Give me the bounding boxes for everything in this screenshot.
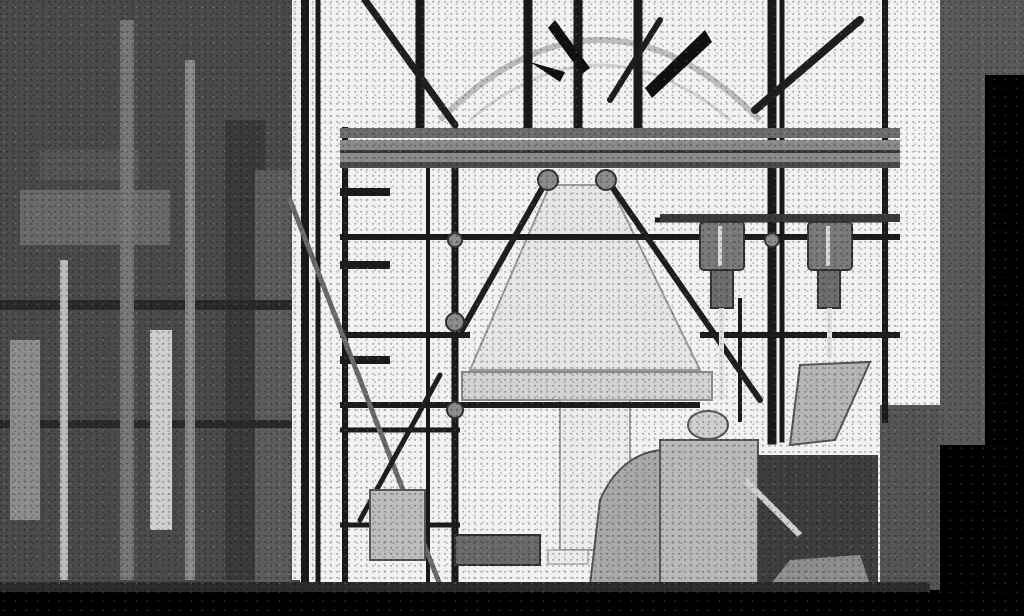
point-cloud-scene <box>0 0 1024 616</box>
crate <box>370 490 425 560</box>
bucket <box>455 535 540 565</box>
scaffold-deck <box>340 128 900 168</box>
floor-edge <box>0 582 930 592</box>
low-step <box>548 550 588 564</box>
right-bright-wall <box>895 0 945 420</box>
floor-shadow <box>0 592 1024 616</box>
cornice <box>462 372 712 400</box>
right-dark-void <box>985 75 1024 616</box>
scene-canvas <box>0 0 1024 616</box>
equipment-box <box>660 440 758 590</box>
dome-cap <box>688 411 728 439</box>
right-lower-block <box>880 405 940 590</box>
